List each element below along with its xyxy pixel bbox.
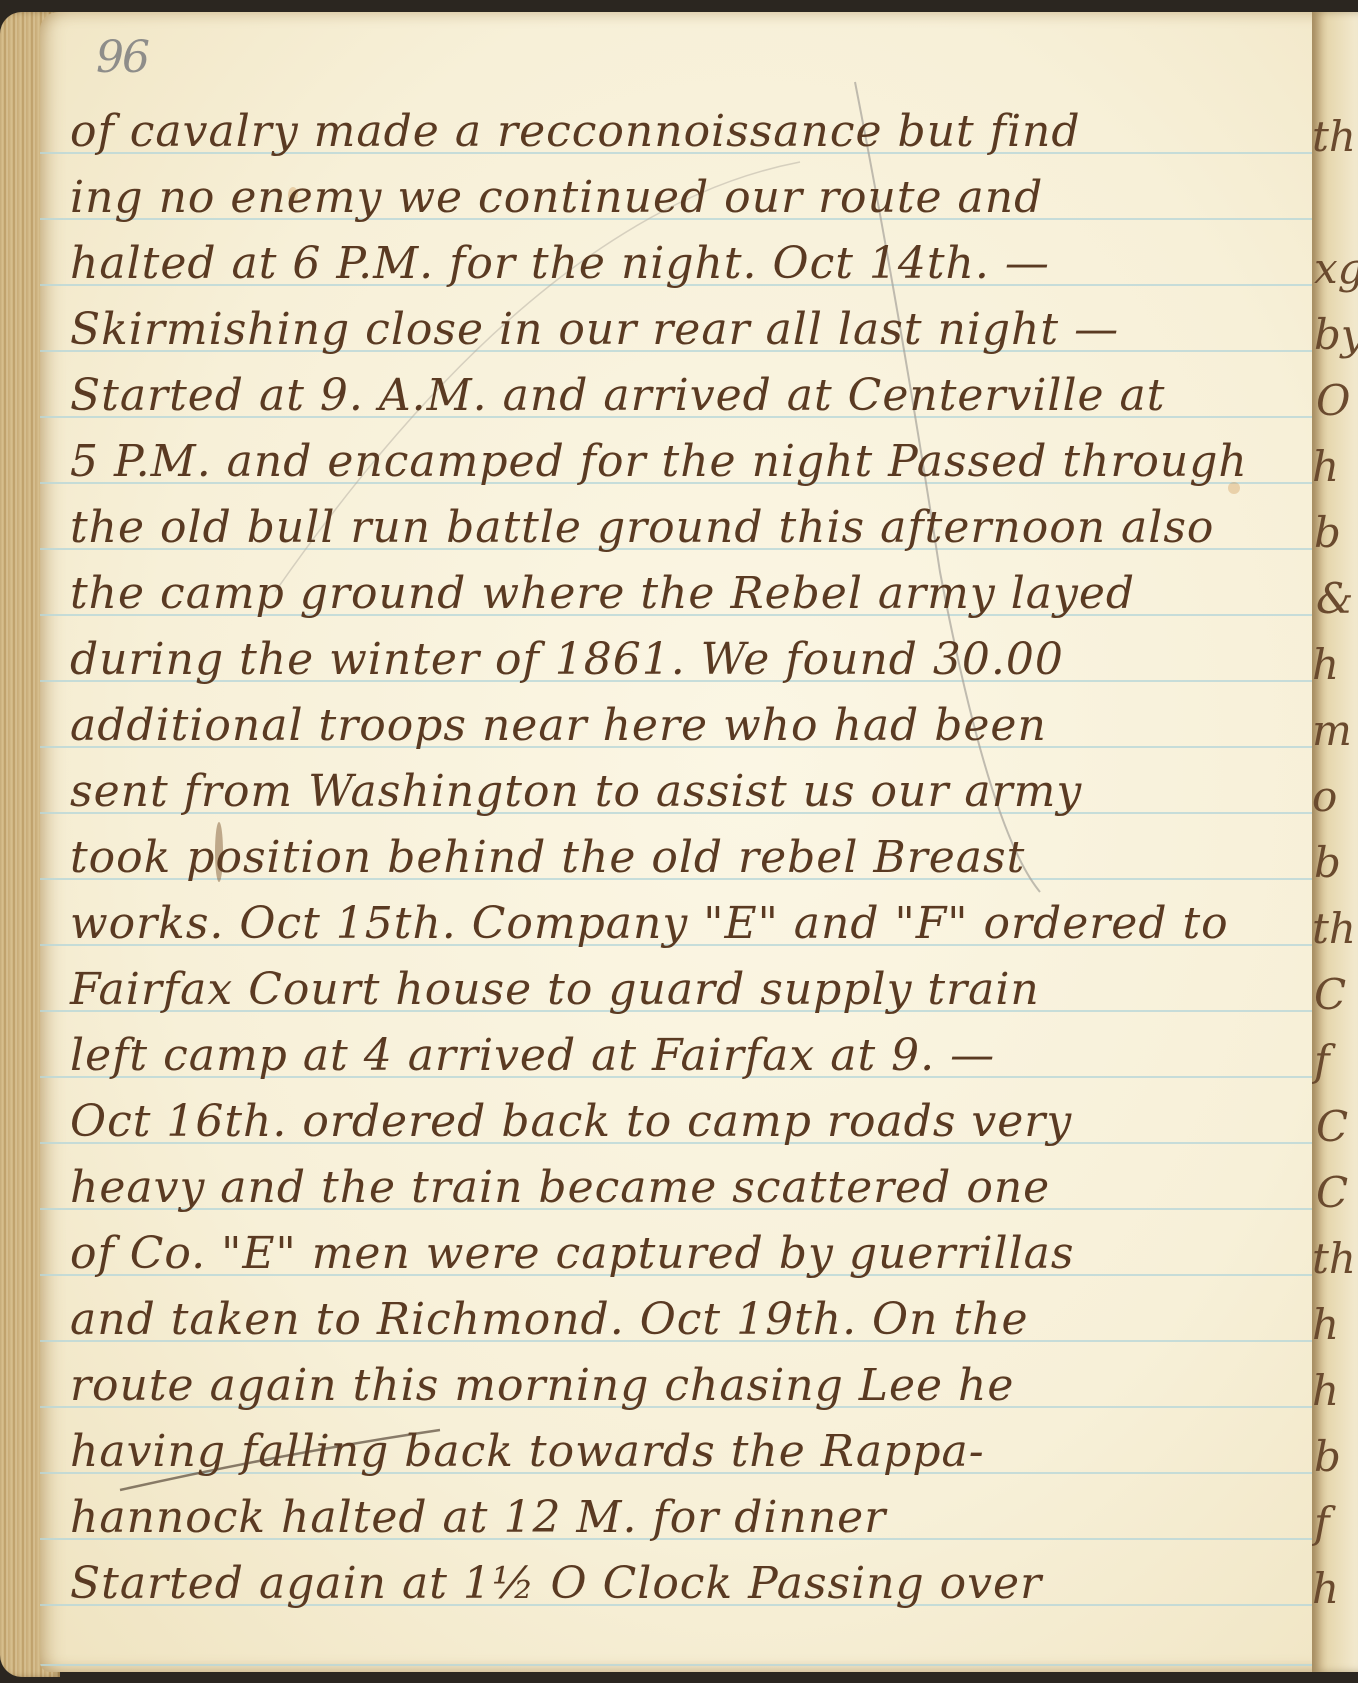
adjacent-fragment: by (1314, 310, 1358, 359)
text-line-13: works. Oct 15th. Company "E" and "F" ord… (70, 902, 1229, 946)
text-line-20: route again this morning chasing Lee he (70, 1364, 1014, 1408)
adjacent-fragment: b (1314, 838, 1341, 887)
adjacent-fragment: m (1312, 706, 1352, 755)
text-line-14: Fairfax Court house to guard supply trai… (70, 968, 1040, 1012)
text-line-5: Started at 9. A.M. and arrived at Center… (70, 374, 1165, 418)
ruled-line (40, 1664, 1328, 1666)
text-line-3: halted at 6 P.M. for the night. Oct 14th… (70, 242, 1050, 286)
text-line-21: having falling back towards the Rappa- (70, 1430, 985, 1474)
text-line-16: Oct 16th. ordered back to camp roads ver… (70, 1100, 1072, 1144)
adjacent-fragment: f (1314, 1498, 1330, 1547)
text-line-22: hannock halted at 12 M. for dinner (70, 1496, 886, 1540)
adjacent-fragment: h (1312, 640, 1339, 689)
adjacent-fragment: O (1316, 376, 1350, 425)
adjacent-fragment: f (1314, 1036, 1330, 1085)
text-line-10: additional troops near here who had been (70, 704, 1047, 748)
adjacent-fragment: & (1316, 574, 1353, 623)
text-line-6: 5 P.M. and encamped for the night Passed… (70, 440, 1248, 484)
text-line-12: took position behind the old rebel Breas… (70, 836, 1025, 880)
adjacent-fragment: th (1312, 1234, 1356, 1283)
adjacent-fragment: b (1314, 1432, 1341, 1481)
adjacent-fragment: h (1312, 1366, 1339, 1415)
page-number: 96 (96, 32, 148, 83)
adjacent-fragment: h (1312, 1300, 1339, 1349)
text-line-15: left camp at 4 arrived at Fairfax at 9. … (70, 1034, 995, 1078)
text-line-4: Skirmishing close in our rear all last n… (70, 308, 1119, 352)
text-line-2: ing no enemy we continued our route and (70, 176, 1043, 220)
adjacent-fragment: C (1316, 1168, 1348, 1217)
text-line-7: the old bull run battle ground this afte… (70, 506, 1214, 550)
adjacent-fragment: h (1312, 442, 1339, 491)
adjacent-page-edge: th xg by O h b & h m o b th C f C C th h… (1312, 12, 1358, 1672)
adjacent-fragment: h (1312, 1564, 1339, 1613)
text-line-19: and taken to Richmond. Oct 19th. On the (70, 1298, 1029, 1342)
adjacent-fragment: C (1316, 1102, 1348, 1151)
adjacent-fragment: xg (1314, 244, 1358, 293)
manuscript-scan: 96 of cavalry made a recconnoissance but… (0, 0, 1358, 1683)
adjacent-fragment: b (1314, 508, 1341, 557)
text-line-9: during the winter of 1861. We found 30.0… (70, 638, 1064, 682)
adjacent-fragment: th (1312, 904, 1356, 953)
adjacent-fragment: o (1312, 772, 1337, 821)
text-line-17: heavy and the train became scattered one (70, 1166, 1050, 1210)
text-line-1: of cavalry made a recconnoissance but fi… (70, 110, 1081, 154)
text-line-23: Started again at 1½ O Clock Passing over (70, 1562, 1042, 1606)
text-line-18: of Co. "E" men were captured by guerrill… (70, 1232, 1074, 1276)
text-line-8: the camp ground where the Rebel army lay… (70, 572, 1135, 616)
adjacent-fragment: th (1312, 112, 1356, 161)
diary-page: 96 of cavalry made a recconnoissance but… (40, 12, 1328, 1672)
adjacent-fragment: C (1314, 970, 1346, 1019)
text-line-11: sent from Washington to assist us our ar… (70, 770, 1082, 814)
